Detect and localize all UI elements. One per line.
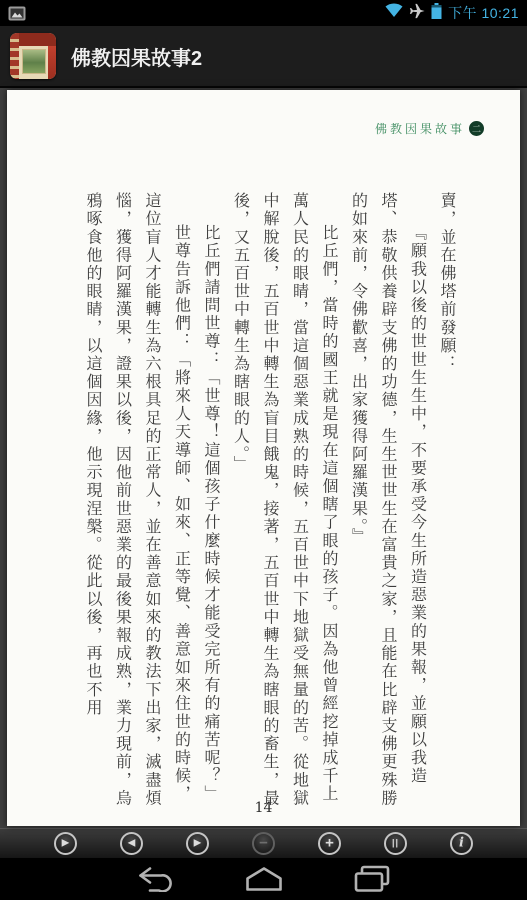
android-navigation-bar <box>0 858 527 900</box>
airplane-mode-icon <box>409 3 425 24</box>
battery-icon <box>431 3 442 24</box>
book-spine-decoration <box>10 33 19 79</box>
previous-page-button[interactable]: ◀ <box>120 832 143 855</box>
next-page-button[interactable]: ▶ <box>186 832 209 855</box>
recents-button[interactable] <box>350 865 394 893</box>
tablet-screen: 下午 10:21 佛教因果故事2 佛教因果故事 二 賣，並在佛塔前發願： 『願我… <box>0 0 527 900</box>
paragraph: 比丘們，當時的國王就是現在這個瞎了眼的孩子。因為他曾經挖掉成千上萬人民的眼睛，當… <box>226 192 344 810</box>
pause-icon: || <box>392 839 399 848</box>
status-bar[interactable]: 下午 10:21 <box>0 0 527 26</box>
play-icon: ▶ <box>62 838 70 848</box>
minus-icon: − <box>259 836 268 851</box>
app-icon[interactable] <box>10 33 56 79</box>
info-button[interactable]: i <box>450 832 473 855</box>
pause-button[interactable]: || <box>384 832 407 855</box>
status-clock: 下午 10:21 <box>448 3 519 23</box>
arrow-right-icon: ▶ <box>194 838 202 848</box>
volume-badge: 二 <box>469 121 484 136</box>
paragraph: 世尊告訴他們：「將來人天導師、如來、正等覺、善意如來住世的時候，這位盲人才能轉生… <box>79 192 197 810</box>
book-cover-edge <box>48 46 56 79</box>
paragraph: 賣，並在佛塔前發願： <box>433 192 463 810</box>
book-page[interactable]: 佛教因果故事 二 賣，並在佛塔前發願： 『願我以後的世世生生中，不要承受今生所造… <box>7 90 520 826</box>
info-icon: i <box>459 837 464 850</box>
app-title: 佛教因果故事2 <box>71 42 202 71</box>
home-icon <box>244 866 284 892</box>
wifi-icon <box>385 3 403 23</box>
reader-toolbar: ▶ ◀ ▶ − + || i <box>0 828 527 858</box>
play-button[interactable]: ▶ <box>54 832 77 855</box>
recents-icon <box>353 865 391 893</box>
running-header-title: 佛教因果故事 <box>375 120 465 137</box>
app-bar: 佛教因果故事2 <box>0 26 527 88</box>
paragraph: 比丘們請問世尊：「世尊！這個孩子什麼時候才能受完所有的痛苦呢？」 <box>197 192 227 810</box>
page-number: 14 <box>7 800 520 816</box>
back-button[interactable] <box>134 865 178 893</box>
plus-icon: + <box>325 836 334 851</box>
screenshot-notification-icon <box>8 6 26 21</box>
back-icon <box>137 866 175 892</box>
home-button[interactable] <box>242 865 286 893</box>
arrow-left-icon: ◀ <box>128 838 136 848</box>
running-header: 佛教因果故事 二 <box>375 120 484 137</box>
zoom-in-button[interactable]: + <box>318 832 341 855</box>
paragraph: 『願我以後的世世生生中，不要承受今生所造惡業的果報，並願以我造塔、恭敬供養辟支佛… <box>344 192 433 810</box>
zoom-out-button[interactable]: − <box>252 832 275 855</box>
book-text: 賣，並在佛塔前發願： 『願我以後的世世生生中，不要承受今生所造惡業的果報，並願以… <box>79 192 463 810</box>
reader-area: 佛教因果故事 二 賣，並在佛塔前發願： 『願我以後的世世生生中，不要承受今生所造… <box>0 88 527 828</box>
book-cover-picture <box>22 49 46 74</box>
book-cover-band <box>19 33 56 46</box>
